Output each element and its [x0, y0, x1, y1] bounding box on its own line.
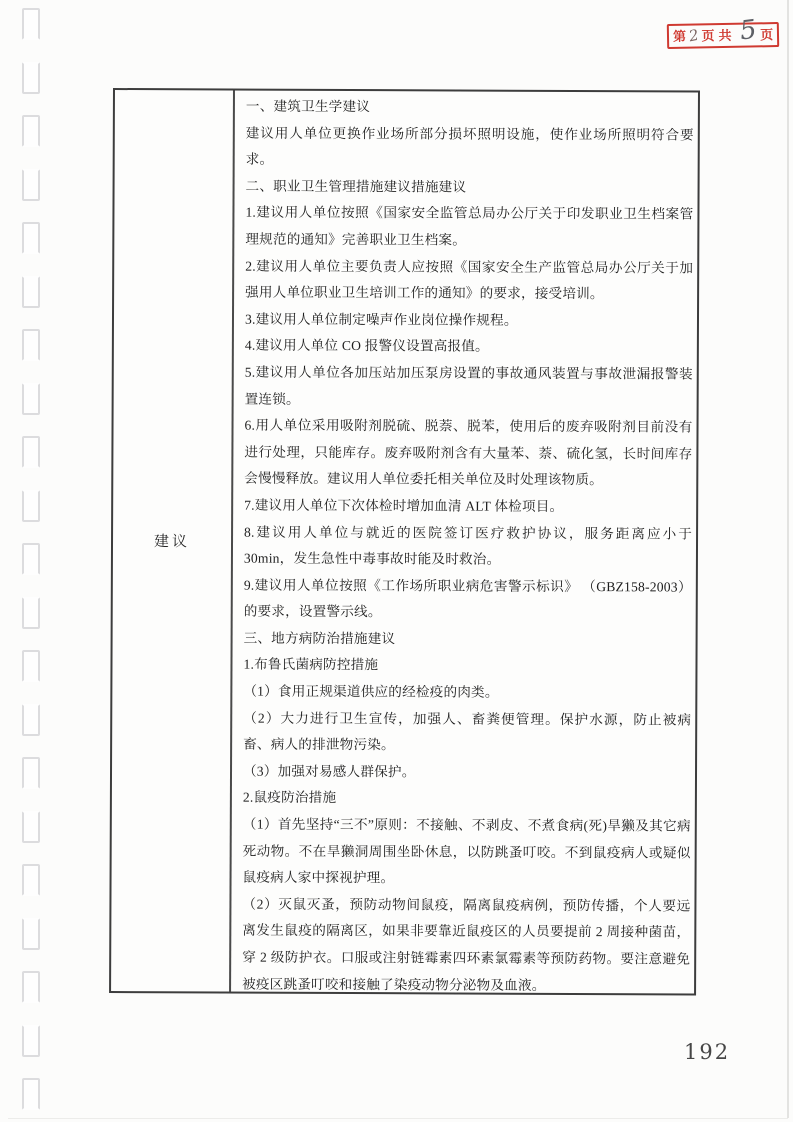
- binder-hole-mark: [22, 918, 40, 950]
- page-number: 192: [684, 1040, 730, 1064]
- recommendation-paragraph: （2）灭鼠灭蚤，预防动物间鼠疫，隔离鼠疫病例，预防传播，个人要远离发生鼠疫的隔离…: [242, 891, 690, 993]
- stamp-handwritten-total-pages: 5: [738, 16, 758, 44]
- binder-hole-mark: [22, 222, 40, 254]
- binder-hole-mark: [22, 62, 40, 94]
- recommendations-table: 建议 一、建筑卫生学建议建议用人单位更换作业场所部分损坏照明设施，使作业场所照明…: [109, 88, 700, 996]
- stamp-middle-text: 页共: [701, 29, 735, 43]
- recommendation-paragraph: （1）首先坚持“三不”原则：不接触、不剥皮、不煮食病(死)旱獭及其它病死动物。不…: [242, 812, 690, 894]
- binder-hole-mark: [22, 757, 40, 789]
- recommendation-paragraph: 一、建筑卫生学建议: [246, 94, 694, 123]
- recommendation-paragraph: 1.布鲁氏菌病防控措施: [243, 652, 691, 681]
- binder-hole-mark: [22, 490, 40, 522]
- recommendation-paragraph: （3）加强对易感人群保护。: [243, 758, 691, 787]
- recommendation-paragraph: 1.建议用人单位按照《国家安全监管总局办公厅关于印发职业卫生档案管理规范的通知》…: [245, 200, 693, 255]
- binder-hole-mark: [22, 436, 40, 468]
- recommendation-paragraph: （2）大力进行卫生宣传，加强人、畜粪便管理。保护水源，防止被病畜、病人的排泄物污…: [243, 705, 691, 760]
- binder-hole-mark: [22, 597, 40, 629]
- recommendation-paragraph: 9.建议用人单位按照《工作场所职业病危害警示标识》 （GBZ158-2003）的…: [244, 572, 692, 627]
- binder-hole-mark: [22, 543, 40, 575]
- recommendation-paragraph: 8.建议用人单位与就近的医院签订医疗救护协议，服务距离应小于 30min，发生急…: [244, 519, 692, 574]
- stamp-prefix: 第: [673, 30, 686, 43]
- stamp-suffix: 页: [760, 28, 773, 41]
- recommendation-paragraph: 7.建议用人单位下次体检时增加血清 ALT 体检项目。: [244, 492, 692, 521]
- binder-hole-mark: [22, 329, 40, 361]
- recommendation-paragraph: 3.建议用人单位制定噪声作业岗位操作规程。: [245, 306, 693, 335]
- binder-hole-mark: [22, 811, 40, 843]
- row-header-cell: 建议: [111, 90, 235, 992]
- scanned-page-right-edge: [787, 0, 789, 1118]
- recommendation-paragraph: 二、职业卫生管理措施建议措施建议: [246, 173, 694, 202]
- binder-holes-column: [20, 0, 44, 1122]
- binder-hole-mark: [22, 704, 40, 736]
- binder-hole-mark: [22, 971, 40, 1003]
- recommendation-paragraph: （1）食用正规渠道供应的经检疫的肉类。: [243, 679, 691, 708]
- binder-hole-mark: [22, 1025, 40, 1057]
- recommendation-paragraph: 5.建议用人单位各加压站加压泵房设置的事故通风装置与事故泄漏报警装置连锁。: [245, 360, 693, 415]
- binder-hole-mark: [22, 8, 40, 40]
- recommendation-paragraph: 2.鼠疫防治措施: [243, 785, 691, 814]
- recommendation-paragraph: 2.建议用人单位主要负责人应按照《国家安全生产监管总局办公厅关于加强用人单位职业…: [245, 253, 693, 308]
- binder-hole-mark: [22, 115, 40, 147]
- row-header-label: 建议: [154, 530, 190, 551]
- stamp-handwritten-page-number: 2: [688, 28, 700, 45]
- binder-hole-mark: [22, 650, 40, 682]
- binder-hole-mark: [22, 864, 40, 896]
- scanned-page-bottom-edge: [8, 1118, 788, 1119]
- recommendation-paragraph: 6.用人单位采用吸附剂脱硫、脱萘、脱苯，使用后的废弃吸附剂目前没有进行处理，只能…: [244, 413, 692, 495]
- binder-hole-mark: [22, 169, 40, 201]
- recommendation-paragraph: 三、地方病防治措施建议: [244, 625, 692, 654]
- binder-hole-mark: [22, 276, 40, 308]
- binder-hole-mark: [22, 383, 40, 415]
- binder-hole-mark: [22, 1078, 40, 1110]
- recommendation-paragraph: 4.建议用人单位 CO 报警仪设置高报值。: [245, 333, 693, 362]
- recommendations-content-cell: 一、建筑卫生学建议建议用人单位更换作业场所部分损坏照明设施，使作业场所照明符合要…: [231, 91, 698, 994]
- page-count-stamp: 第 2 页共 5 页: [667, 22, 780, 49]
- recommendation-paragraph: 建议用人单位更换作业场所部分损坏照明设施，使作业场所照明符合要求。: [246, 120, 694, 175]
